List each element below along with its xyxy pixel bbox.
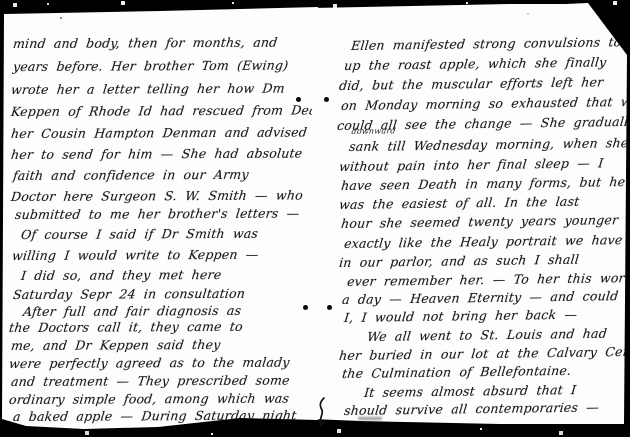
handwriting-line: was the easiest of all. In the last bbox=[338, 194, 580, 212]
handwriting-line: a day — Heaven Eternity — and could bbox=[341, 288, 619, 307]
punch-hole bbox=[296, 97, 301, 102]
handwriting-line: the Doctors call it, they came to bbox=[8, 319, 244, 335]
handwriting-line: I, I would not bring her back — bbox=[343, 307, 578, 325]
handwriting-line: years before. Her brother Tom (Ewing) bbox=[12, 58, 289, 74]
handwriting-line: ever remember her. — To her this world w… bbox=[346, 269, 630, 289]
handwriting-line: her to send for him — She had absolute bbox=[10, 145, 303, 162]
handwriting-line: hour she seemed twenty years younger — bbox=[340, 212, 630, 231]
handwriting-line: did, but the muscular efforts left her bbox=[338, 74, 604, 93]
handwriting-line: exactly like the Healy portrait we have bbox=[343, 232, 623, 251]
handwriting-line: sank till Wednesday morning, when she sa… bbox=[348, 135, 630, 154]
handwriting-line: faith and confidence in our Army bbox=[12, 167, 249, 183]
smudge-mark bbox=[358, 417, 382, 420]
handwriting-line: me, and Dr Keppen said they bbox=[10, 337, 221, 353]
handwriting-line: Keppen of Rhode Id had rescued from Deat… bbox=[10, 102, 331, 119]
handwriting-line: Doctor here Surgeon S. W. Smith — who bbox=[10, 187, 304, 204]
manuscript-scan: mind and body, then for months, andyears… bbox=[0, 0, 630, 437]
handwriting-line: and treatment — They prescribed some bbox=[10, 373, 290, 389]
handwriting-line: on Monday morning so exhausted that we bbox=[340, 94, 630, 113]
handwriting-line: without pain into her final sleep — I bbox=[338, 155, 604, 174]
handwriting-inserted-word: downward bbox=[351, 126, 396, 136]
handwriting-line: mind and body, then for months, and bbox=[12, 35, 278, 51]
handwriting-line: Ellen manifested strong convulsions to t… bbox=[350, 34, 630, 53]
handwriting-line: her Cousin Hampton Denman and advised bbox=[10, 124, 308, 141]
handwriting-line: ordinary simple food, among which was bbox=[8, 391, 290, 407]
handwriting-line: the Culmination of Bellefontaine. bbox=[341, 363, 572, 381]
handwriting-line: We all went to St. Louis and had bbox=[366, 326, 607, 344]
handwriting-line: a baked apple — During Saturday night bbox=[12, 408, 297, 424]
handwriting-line: submitted to me her brother's letters — bbox=[14, 206, 300, 222]
handwriting-line: I did so, and they met here bbox=[20, 267, 222, 283]
handwriting-line: her buried in our lot at the Calvary Cem… bbox=[338, 343, 630, 363]
punch-hole bbox=[303, 305, 308, 310]
handwriting-line: should survive all contemporaries — bbox=[343, 399, 599, 418]
handwriting-line: up the roast apple, which she finally bbox=[343, 54, 607, 73]
punch-hole bbox=[327, 305, 332, 310]
handwriting-line: It seems almost absurd that I bbox=[363, 382, 577, 400]
handwriting-line: in our parlor, and as such I shall bbox=[338, 252, 580, 270]
handwriting-line: Saturday Sepr 24 in consultation bbox=[12, 286, 246, 302]
handwriting-line: wrote her a letter telling her how Dm bbox=[10, 81, 286, 97]
handwriting-line: Of course I said if Dr Smith was bbox=[20, 226, 259, 242]
handwriting-line: willing I would write to Keppen — bbox=[11, 247, 259, 263]
handwriting-line: have seen Death in many forms, but hers bbox=[340, 174, 630, 193]
ink-squiggle-mark bbox=[314, 397, 330, 429]
handwriting-line: were perfectly agreed as to the malady bbox=[8, 355, 290, 371]
punch-hole bbox=[324, 97, 329, 102]
scan-noise-specks bbox=[0, 0, 2, 2]
handwriting-line: After full and fair diagnosis as bbox=[22, 303, 242, 319]
